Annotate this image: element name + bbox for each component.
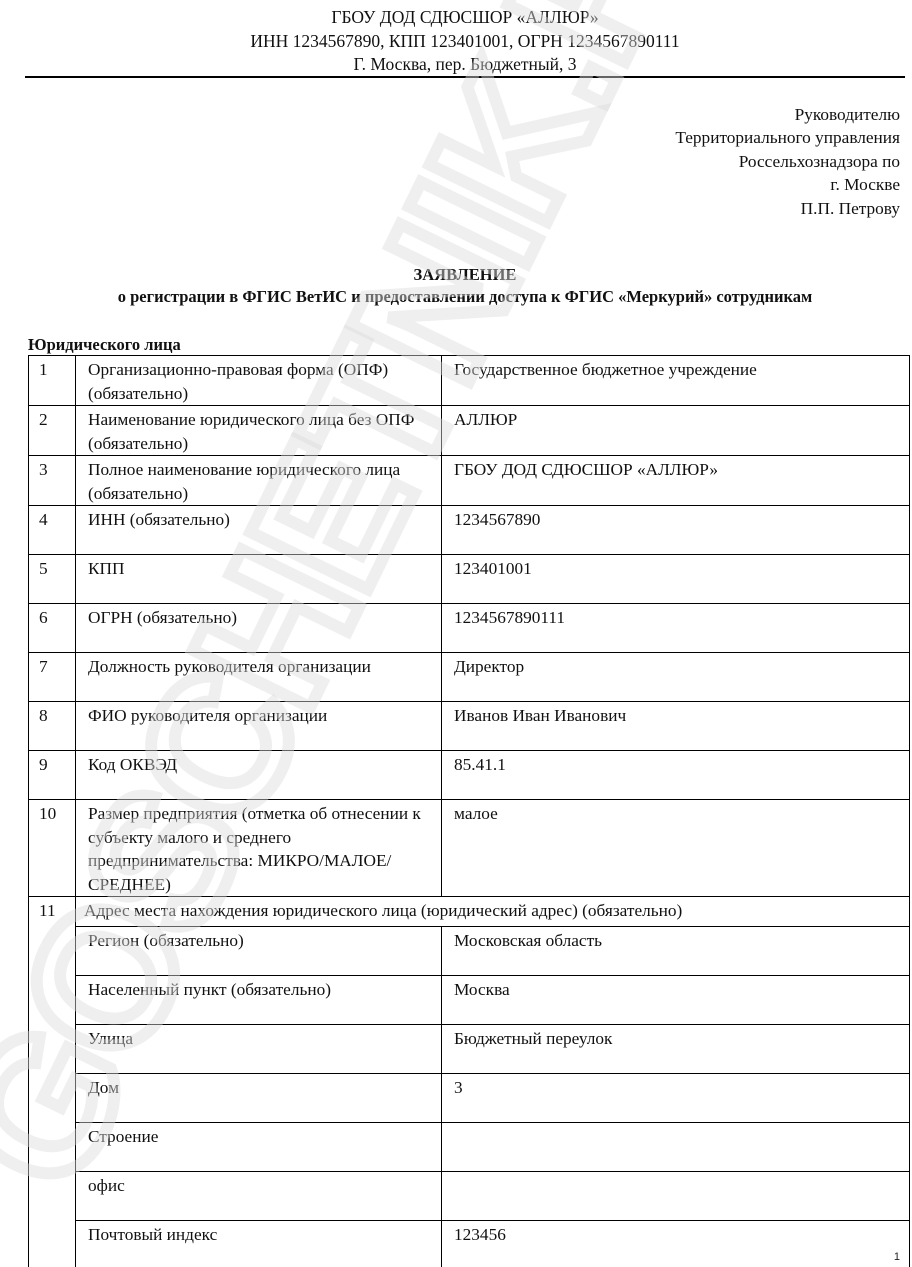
row-value: малое [442,800,910,897]
address-row: офис [29,1172,910,1221]
row-number: 1 [29,356,76,406]
row-label: Размер предприятия (отметка об отнесении… [76,800,442,897]
letterhead-org-name: ГБОУ ДОД СДЮСШОР «АЛЛЮР» [25,6,905,30]
address-label: Регион (обязательно) [76,927,442,976]
table-row: 5 КПП 123401001 [29,555,910,604]
row-value: Директор [442,653,910,702]
addressee-line: П.П. Петрову [675,197,900,220]
document-title: ЗАЯВЛЕНИЕ о регистрации в ФГИС ВетИС и п… [25,264,905,308]
table-row: 10 Размер предприятия (отметка об отнесе… [29,800,910,897]
row-number: 3 [29,456,76,506]
row-value: 1234567890111 [442,604,910,653]
title-subtitle: о регистрации в ФГИС ВетИС и предоставле… [25,286,905,308]
row-label: Организационно-правовая форма (ОПФ) (обя… [76,356,442,406]
row-label: Должность руководителя организации [76,653,442,702]
address-label: Почтовый индекс [76,1221,442,1267]
row-label: ОГРН (обязательно) [76,604,442,653]
letterhead-address: Г. Москва, пер. Бюджетный, 3 [25,53,905,77]
address-section-header-row: 11 Адрес места нахождения юридического л… [29,897,910,927]
address-label: офис [76,1172,442,1221]
row-number: 6 [29,604,76,653]
address-value: Бюджетный переулок [442,1025,910,1074]
row-label: Полное наименование юридического лица (о… [76,456,442,506]
table-row: 2 Наименование юридического лица без ОПФ… [29,406,910,456]
address-value: Москва [442,976,910,1025]
row-value: 1234567890 [442,506,910,555]
address-row: Почтовый индекс 123456 [29,1221,910,1267]
address-label: Строение [76,1123,442,1172]
address-row: Строение [29,1123,910,1172]
row-number: 7 [29,653,76,702]
application-form-table: 1 Организационно-правовая форма (ОПФ) (о… [28,355,910,1267]
row-value: ГБОУ ДОД СДЮСШОР «АЛЛЮР» [442,456,910,506]
address-value [442,1172,910,1221]
address-value [442,1123,910,1172]
row-number: 9 [29,751,76,800]
row-number: 8 [29,702,76,751]
row-value: Иванов Иван Иванович [442,702,910,751]
addressee-block: Руководителю Территориального управления… [675,103,900,220]
header-divider [25,76,905,78]
address-row: Регион (обязательно) Московская область [29,927,910,976]
row-number: 4 [29,506,76,555]
address-label: Дом [76,1074,442,1123]
page-number: 1 [894,1251,900,1263]
address-row: Дом 3 [29,1074,910,1123]
address-label: Улица [76,1025,442,1074]
table-row: 1 Организационно-правовая форма (ОПФ) (о… [29,356,910,406]
addressee-line: Руководителю [675,103,900,126]
addressee-line: Территориального управления [675,126,900,149]
title-main: ЗАЯВЛЕНИЕ [25,264,905,286]
address-row: Населенный пункт (обязательно) Москва [29,976,910,1025]
letterhead-requisites: ИНН 1234567890, КПП 123401001, ОГРН 1234… [25,30,905,54]
row-label: ФИО руководителя организации [76,702,442,751]
row-number: 2 [29,406,76,456]
section-label: Юридического лица [28,335,181,355]
table-row: 7 Должность руководителя организации Дир… [29,653,910,702]
table-row: 4 ИНН (обязательно) 1234567890 [29,506,910,555]
row-label: ИНН (обязательно) [76,506,442,555]
addressee-line: Россельхознадзора по [675,150,900,173]
row-value: 85.41.1 [442,751,910,800]
row-number: 11 [29,897,76,1267]
table-row: 8 ФИО руководителя организации Иванов Ив… [29,702,910,751]
table-row: 9 Код ОКВЭД 85.41.1 [29,751,910,800]
letterhead: ГБОУ ДОД СДЮСШОР «АЛЛЮР» ИНН 1234567890,… [25,6,905,77]
row-value: Государственное бюджетное учреждение [442,356,910,406]
row-value: 123401001 [442,555,910,604]
address-value: Московская область [442,927,910,976]
table-row: 6 ОГРН (обязательно) 1234567890111 [29,604,910,653]
address-row: Улица Бюджетный переулок [29,1025,910,1074]
table-row: 3 Полное наименование юридического лица … [29,456,910,506]
row-label: Код ОКВЭД [76,751,442,800]
row-value: АЛЛЮР [442,406,910,456]
row-label: Наименование юридического лица без ОПФ (… [76,406,442,456]
row-label: КПП [76,555,442,604]
address-label: Населенный пункт (обязательно) [76,976,442,1025]
addressee-line: г. Москве [675,173,900,196]
address-value: 3 [442,1074,910,1123]
address-section-heading: Адрес места нахождения юридического лица… [76,897,910,927]
row-number: 5 [29,555,76,604]
address-value: 123456 [442,1221,910,1267]
row-number: 10 [29,800,76,897]
